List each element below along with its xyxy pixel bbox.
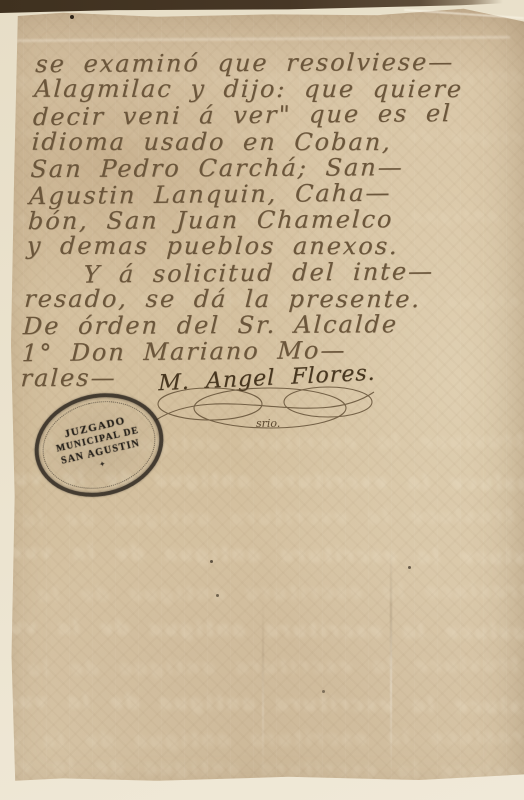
paper-top-scuff bbox=[10, 36, 510, 41]
manuscript-line: Y á solicitud del inte— bbox=[25, 257, 478, 288]
rubric-text: srio. bbox=[256, 417, 280, 430]
manuscript-line: se examinó que resolviese— bbox=[35, 49, 488, 78]
stamp-inner-ring bbox=[34, 390, 164, 499]
ghost-writing-line: se trasluce la escritura antigua de la v… bbox=[0, 502, 524, 531]
ink-speck bbox=[408, 566, 411, 569]
manuscript-line: idioma usado en Coban, bbox=[31, 128, 484, 155]
ink-speck bbox=[70, 15, 74, 19]
manuscript-line: y demas pueblos anexos. bbox=[26, 233, 479, 260]
manuscript-line: Agustin Lanquin, Caha— bbox=[29, 179, 482, 210]
rubric-flourish: srio. bbox=[148, 376, 380, 442]
paper-fold-crease bbox=[390, 545, 392, 775]
manuscript-line: 1° Don Mariano Mo— bbox=[21, 336, 474, 367]
scanned-manuscript-page: se trasluce la escritura antigua de la v… bbox=[0, 0, 524, 800]
paper-fold-crease bbox=[262, 600, 264, 780]
manuscript-line: bón, San Juan Chamelco bbox=[27, 206, 480, 235]
paper-sheet: se trasluce la escritura antigua de la v… bbox=[0, 0, 524, 800]
manuscript-line: resado, se dá la presente. bbox=[24, 286, 477, 313]
manuscript-line: San Pedro Carchá; San— bbox=[30, 154, 483, 183]
ink-speck bbox=[210, 560, 213, 563]
manuscript-line: De órden del Sr. Alcalde bbox=[22, 311, 475, 340]
ink-speck bbox=[216, 594, 219, 597]
manuscript-line: decir veni á ver" que es el bbox=[32, 100, 485, 131]
manuscript-line-fragment: rales— bbox=[20, 365, 117, 392]
manuscript-text-block: se examinó que resolviese— Alagmilac y d… bbox=[20, 49, 488, 392]
ink-speck bbox=[322, 690, 325, 693]
ink-speck bbox=[152, 13, 155, 16]
ghost-writing-line: se trasluce la escritura antigua de la v… bbox=[0, 539, 524, 569]
